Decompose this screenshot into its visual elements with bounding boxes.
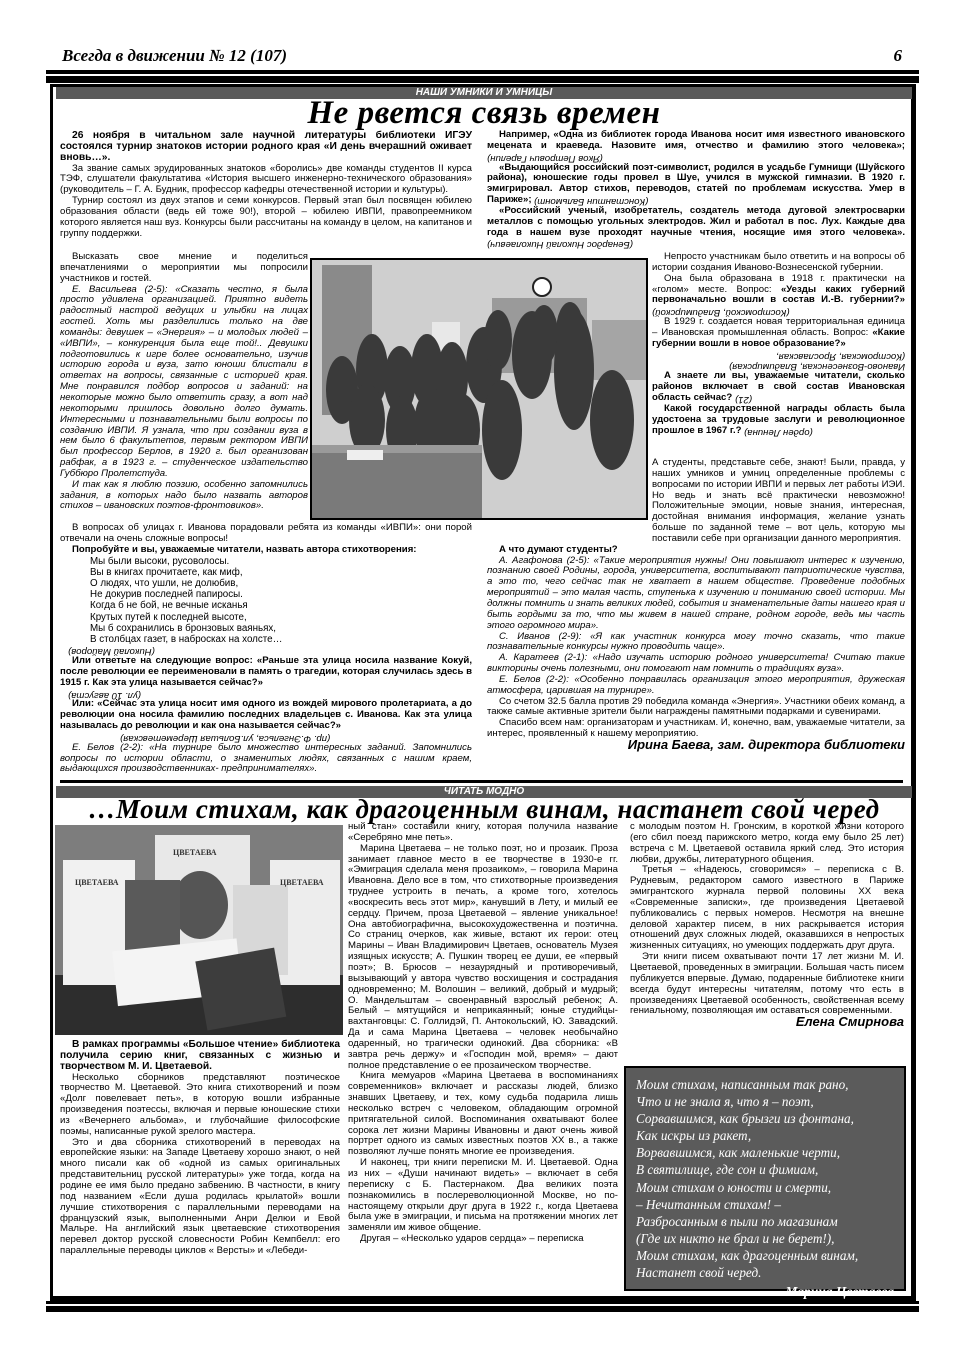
tsvetaeva-poem-box: Моим стихам, написанным так рано, Что и …	[624, 1066, 906, 1291]
poem-line: Моим стихам, написанным так рано,	[636, 1076, 894, 1093]
poem-line: (Где их никто не брал и не берет!),	[636, 1230, 894, 1247]
publication-title: Всегда в движении № 12 (107)	[62, 46, 287, 65]
article2-signature: Елена Смирнова	[630, 1017, 904, 1028]
article1-left-narrow: Высказать свое мнение и поделиться впеча…	[60, 252, 308, 512]
header-rule-thin	[46, 70, 919, 74]
poem-line: О людях, что ушли, не долюбив,	[90, 578, 472, 589]
paragraph-poem-question: Попробуйте и вы, уважаемые читатели, наз…	[60, 545, 472, 556]
quiz-question-3: «Российский ученый, изобретатель, создат…	[487, 206, 905, 249]
poem-line: Настанет свой черед.	[636, 1264, 894, 1281]
footer-rule-thin	[46, 1301, 919, 1304]
article2-right: с молодым поэтом Н. Гронским, в короткой…	[630, 822, 904, 1028]
svg-text:ЦВЕТАЕВА: ЦВЕТАЕВА	[173, 848, 217, 857]
article1-left-bottom: В вопросах об улицах г. Иванова порадова…	[60, 523, 472, 775]
page-number: 6	[894, 46, 903, 66]
article2-middle: ный стан» составили книгу, которая получ…	[348, 822, 618, 1245]
poem-line: – Нечитанным стихам! –	[636, 1196, 894, 1213]
paragraph: Высказать свое мнение и поделиться впеча…	[60, 252, 308, 285]
books-photo: ЦВЕТАЕВА ЦВЕТАЕВА ЦВЕТАЕВА	[55, 825, 343, 1035]
poem-author: Марина Цветаева	[636, 1283, 894, 1300]
article1-signature: Ирина Баева, зам. директора библиотеки	[487, 740, 905, 751]
svg-text:ЦВЕТАЕВА: ЦВЕТАЕВА	[280, 878, 324, 887]
article1-right-bottom: А студенты, представьте себе, знают! Был…	[487, 458, 905, 751]
quiz-question-2: «Выдающийся российский поэт-символист, р…	[487, 163, 905, 206]
article2-left: В рамках программы «Большое чтение» библ…	[60, 1040, 340, 1257]
paragraph: И наконец, три книги переписки М. И. Цве…	[348, 1158, 618, 1234]
poem-line: Не докурив последней папиросы.	[90, 589, 472, 600]
poem-line: Сорвавшимся, как брызги из фонтана,	[636, 1110, 894, 1127]
quiz-question-1: Например, «Одна из библиотек города Иван…	[487, 130, 905, 163]
header-rule-thick	[46, 76, 919, 83]
paragraph: Это и два сборника стихотворений в перев…	[60, 1138, 340, 1257]
paragraph-street-question: Или ответьте на следующие вопрос: «Раньш…	[60, 656, 472, 689]
paragraph: Другая – «Несколько ударов сердца» – пер…	[348, 1234, 618, 1245]
svg-text:ЦВЕТАЕВА: ЦВЕТАЕВА	[75, 878, 119, 887]
poem-line: Крутых путей к последней высоте,	[90, 612, 472, 623]
quote-vasilieva: Е. Васильева (2-5): «Сказать честно, я б…	[60, 285, 308, 480]
paragraph-oblast: В 1929 г. создается новая территориальна…	[652, 317, 905, 350]
paragraph: ный стан» составили книгу, которая получ…	[348, 822, 618, 844]
books-photo-illustration: ЦВЕТАЕВА ЦВЕТАЕВА ЦВЕТАЕВА	[55, 825, 343, 1035]
paragraph: Эти книги писем охватывают почти 17 лет …	[630, 952, 904, 1017]
paragraph-gubernia: Она была образована в 1918 г. практическ…	[652, 274, 905, 317]
paragraph: Турнир состоял из двух этапов и семи кон…	[60, 196, 472, 239]
article-separator	[60, 780, 903, 783]
poem-line: Ворвавшимся, как маленькие черти,	[636, 1144, 894, 1161]
poem-line: Как искры из ракет,	[636, 1127, 894, 1144]
quiz-districts: А знаете ли вы, уважаемые читатели, скол…	[652, 371, 905, 404]
answer-upside-down: (Костромская, Ярославская,	[652, 350, 905, 361]
paragraph: Марина Цветаева – не только поэт, но и п…	[348, 844, 618, 1072]
article1-headline: Не рвется связь времен	[56, 96, 912, 130]
paragraph: Несколько сборников представляют поэтиче…	[60, 1073, 340, 1138]
quote-karateev: А. Каратеев (2-1): «Надо изучать историю…	[487, 653, 905, 675]
poem-line: Моим стихам о юности и смерти,	[636, 1179, 894, 1196]
article1-right-top: Например, «Одна из библиотек города Иван…	[487, 130, 905, 249]
footer-rule-thick	[46, 1306, 919, 1312]
poem-line: В святилище, где сон и фимиам,	[636, 1161, 894, 1178]
quote-belov-2: Е. Белов (2-2): «Особенно понравилась ор…	[487, 675, 905, 697]
paragraph: В вопросах об улицах г. Иванова порадова…	[60, 523, 472, 545]
paragraph: И так как я люблю поэзию, особенно запом…	[60, 480, 308, 513]
article1-right-narrow: Непросто участникам было ответить и на в…	[652, 252, 905, 436]
article2-headline: …Моим стихам, как драгоценным винам, нас…	[56, 795, 912, 823]
poem-line: Мы были высоки, русоволосы.	[90, 556, 472, 567]
paragraph: Книга мемуаров «Марина Цветаева в воспом…	[348, 1071, 618, 1158]
poem-line: Моим стихам, как драгоценным винам,	[636, 1247, 894, 1264]
subheading-students: А что думают студенты?	[487, 545, 905, 556]
poem-line: Мы б сохранились в бронзовых ваяньях,	[90, 623, 472, 634]
poem-line: Когда б не бой, не вечные исканья	[90, 600, 472, 611]
article1-left-top: 26 ноября в читальном зале научной литер…	[60, 130, 472, 240]
quote-agafonova: А. Агафонова (2-5): «Такие мероприятия н…	[487, 556, 905, 632]
quiz-award: Какой государственной награды область бы…	[652, 404, 905, 437]
poem-line: В столбцах газет, в набросках на холсте…	[90, 634, 472, 645]
paragraph: А студенты, представьте себе, знают! Был…	[487, 458, 905, 545]
paragraph: За звание самых эрудированных знатоков «…	[60, 164, 472, 197]
paragraph: с молодым поэтом Н. Гронским, в короткой…	[630, 822, 904, 865]
paragraph: Непросто участникам было ответить и на в…	[652, 252, 905, 274]
poem-line: Разбросанным в пыли по магазинам	[636, 1213, 894, 1230]
paragraph-street-question-2: Или: «Сейчас эта улица носит имя одного …	[60, 699, 472, 732]
paragraph-score: Со счетом 32.5 балла против 29 победила …	[487, 697, 905, 719]
paragraph: Третья – «Надеюсь, сговоримся» – перепис…	[630, 865, 904, 952]
article1-lead: 26 ноября в читальном зале научной литер…	[60, 130, 472, 164]
poem-line: Вы в книгах прочитаете, как миф,	[90, 567, 472, 578]
poem-line: Что и не знала я, что я – поэт,	[636, 1093, 894, 1110]
running-head: Всегда в движении № 12 (107) 6	[62, 46, 902, 68]
quiz-poem: Мы были высоки, русоволосы. Вы в книгах …	[60, 556, 472, 646]
quote-ivanov: С. Иванов (2-9): «Я как участник конкурс…	[487, 632, 905, 654]
article2-lead: В рамках программы «Большое чтение» библ…	[60, 1040, 340, 1073]
quote-belov: Е. Белов (2-2): «На турнире было множест…	[60, 743, 472, 776]
